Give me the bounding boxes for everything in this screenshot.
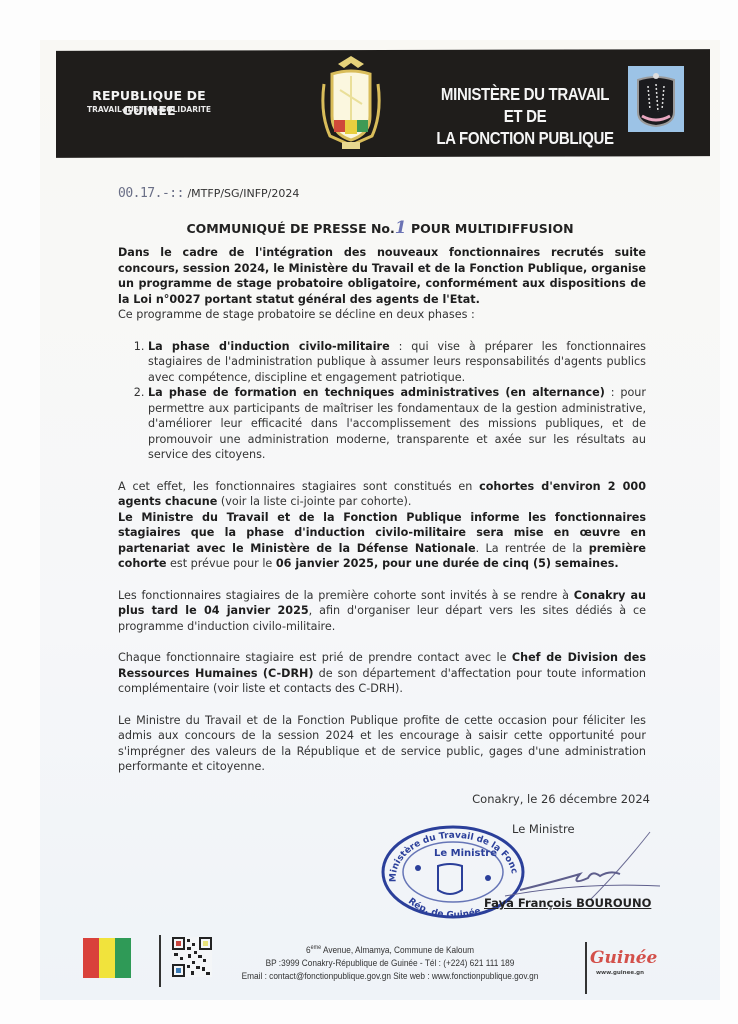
text-span: Avenue, Almamya, Commune de Kaloum — [321, 945, 474, 955]
phase-item: La phase de formation en techniques admi… — [148, 385, 646, 463]
text-bold: 06 janvier 2025, pour une durée de cinq … — [276, 557, 619, 570]
footer-divider — [585, 942, 587, 994]
guinea-coat-of-arms-icon — [318, 54, 384, 154]
guinee-brand-url: www.guinee.gn — [590, 970, 650, 976]
address-line1: 6ème Avenue, Almamya, Commune de Kaloum — [228, 942, 552, 957]
ministry-title: MINISTÈRE DU TRAVAIL ET DE LA FONCTION P… — [435, 83, 616, 149]
signatory-name: Faya François BOUROUNO — [484, 896, 651, 910]
title-prefix: COMMUNIQUÉ DE PRESSE No. — [186, 221, 394, 236]
cohort-paragraph: A cet effet, les fonctionnaires stagiair… — [118, 479, 646, 510]
intro-text: Dans le cadre de l'intégration des nouve… — [118, 246, 646, 306]
ministry-emblem-icon — [628, 66, 684, 132]
text-span: Les fonctionnaires stagiaires de la prem… — [118, 589, 574, 602]
text-sup: ème — [311, 945, 322, 951]
title-suffix: POUR MULTIDIFFUSION — [407, 221, 574, 236]
handwritten-ref: 00.17.-:: — [118, 186, 184, 201]
ministry-title-line2: LA FONCTION PUBLIQUE — [435, 127, 616, 149]
ministry-title-line1: MINISTÈRE DU TRAVAIL ET DE — [435, 83, 616, 127]
communique-body: Dans le cadre de l'intégration des nouve… — [118, 245, 646, 775]
partnership-paragraph: Le Ministre du Travail et de la Fonction… — [118, 510, 646, 572]
phases-intro: Ce programme de stage probatoire se décl… — [118, 307, 646, 323]
phase-title: La phase de formation en techniques admi… — [148, 386, 605, 399]
footer-divider — [159, 935, 161, 987]
address-line3: Email : contact@fonctionpublique.gov.gn … — [228, 970, 552, 983]
footer-address: 6ème Avenue, Almamya, Commune de Kaloum … — [228, 942, 552, 983]
intro-paragraph: Dans le cadre de l'intégration des nouve… — [118, 245, 646, 307]
title-number: 1 — [395, 218, 407, 238]
text-span: est prévue pour le — [166, 557, 275, 570]
text-span: A cet effet, les fonctionnaires stagiair… — [118, 480, 479, 493]
text-span: . La rentrée de la — [476, 542, 589, 555]
address-line2: BP :3999 Conakry-République de Guinée - … — [228, 957, 552, 970]
page-title: COMMUNIQUÉ DE PRESSE No.1 POUR MULTIDIFF… — [100, 218, 660, 238]
text-span: Chaque fonctionnaire stagiaire est prié … — [118, 651, 512, 664]
guinea-flag-icon — [83, 938, 131, 978]
handwritten-signature — [500, 830, 670, 905]
place-date: Conakry, le 26 décembre 2024 — [440, 792, 650, 806]
guinee-brand-logo: Guinée — [590, 948, 650, 968]
phase-item: La phase d'induction civilo-militaire : … — [148, 339, 646, 386]
text-span: (voir la liste ci-jointe par cohorte). — [217, 495, 411, 508]
phases-list: La phase d'induction civilo-militaire : … — [118, 339, 646, 463]
ref-suffix: /MTFP/SG/INFP/2024 — [184, 187, 299, 200]
closing-paragraph: Le Ministre du Travail et de la Fonction… — [118, 713, 646, 775]
reference-number: 00.17.-:: /MTFP/SG/INFP/2024 — [118, 186, 299, 201]
republic-motto: TRAVAIL-JUSTICE-SOLIDARITE — [64, 105, 234, 114]
travel-paragraph: Les fonctionnaires stagiaires de la prem… — [118, 588, 646, 635]
contact-paragraph: Chaque fonctionnaire stagiaire est prié … — [118, 650, 646, 697]
svg-text:Le Ministre: Le Ministre — [434, 848, 497, 859]
qr-code-icon — [172, 937, 212, 977]
phase-title: La phase d'induction civilo-militaire — [148, 340, 390, 353]
